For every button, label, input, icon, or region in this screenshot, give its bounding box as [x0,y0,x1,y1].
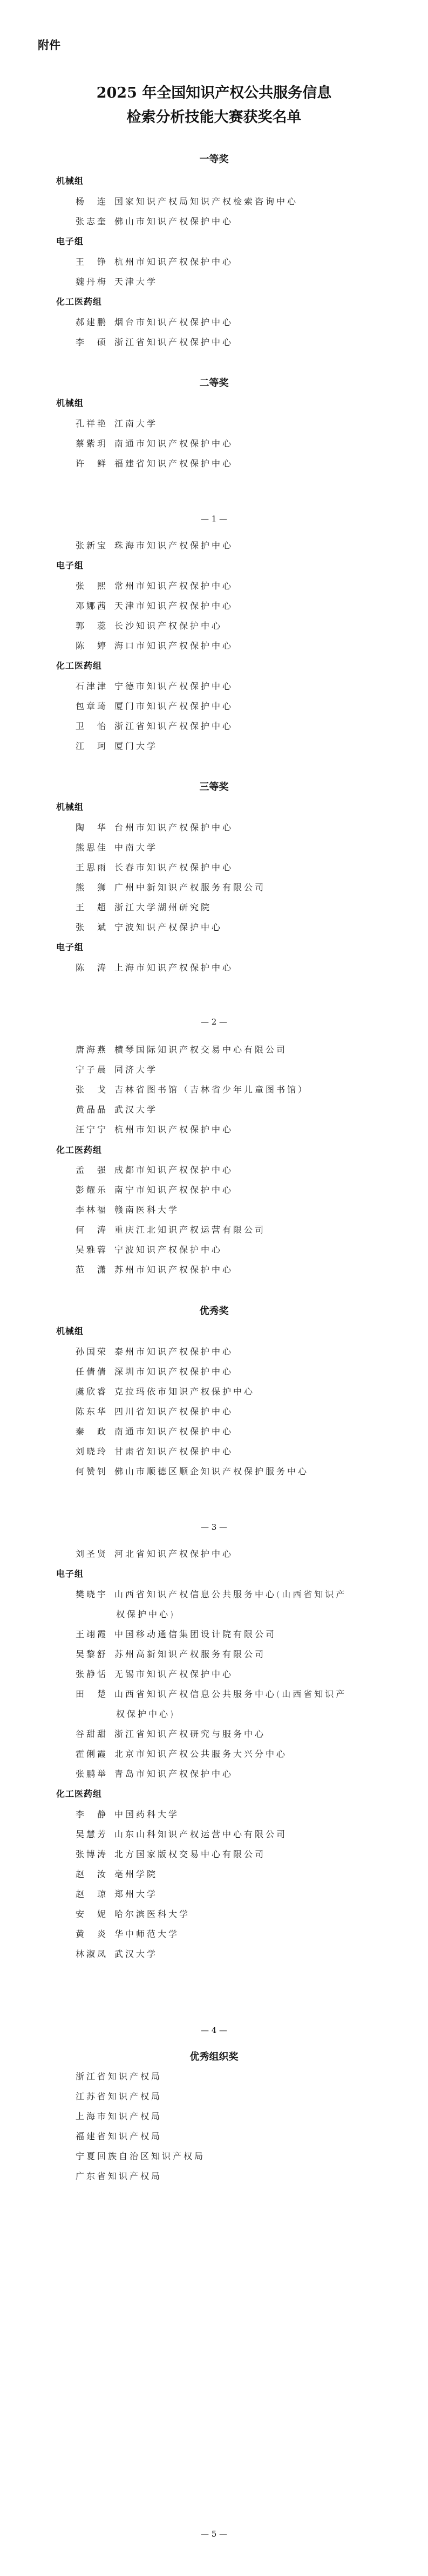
winner-row: 何赞钊佛山市顺德区顺企知识产权保护服务中心 [76,1465,309,1477]
award-heading-excellence: 优秀奖 [0,1303,428,1317]
winner-row: 张新宝珠海市知识产权保护中心 [76,539,233,551]
winner-row: 邓娜茜天津市知识产权保护中心 [76,599,233,612]
organization-item: 宁夏回族自治区知识产权局 [76,2149,205,2162]
group-heading: 机械组 [56,1324,84,1337]
winner-row: 任倩倩深圳市知识产权保护中心 [76,1365,233,1377]
page-number: — 1 — [0,514,428,524]
winner-row: 安 妮哈尔滨医科大学 [76,1907,190,1920]
organization-item: 上海市知识产权局 [76,2110,162,2122]
award-heading-organization: 优秀组织奖 [0,2049,428,2063]
winner-row: 林淑凤武汉大学 [76,1947,158,1960]
winner-org-continuation: 权保护中心) [116,1707,175,1720]
winner-row: 李 硕浙江省知识产权保护中心 [76,335,233,348]
winner-row: 田 楚山西省知识产权信息公共服务中心(山西省知识产 [76,1687,347,1700]
document-title-line1: 2025 年全国知识产权公共服务信息 [0,81,428,102]
organization-item: 福建省知识产权局 [76,2130,162,2142]
winner-row: 李林福赣南医科大学 [76,1203,179,1215]
group-heading: 化工医药组 [56,659,102,671]
winner-row: 陈东华四川省知识产权保护中心 [76,1405,233,1417]
group-heading: 化工医药组 [56,295,102,307]
organization-item: 广东省知识产权局 [76,2169,162,2182]
document-title-line2: 检索分析技能大赛获奖名单 [0,105,428,126]
page-number: — 4 — [0,2025,428,2035]
winner-row: 吴黎舒苏州高新知识产权服务有限公司 [76,1647,266,1660]
winner-row: 赵 琼郑州大学 [76,1887,158,1900]
winner-row: 石津津宁德市知识产权保护中心 [76,679,233,692]
group-heading: 机械组 [56,174,84,187]
winner-row: 陈 婷海口市知识产权保护中心 [76,639,233,651]
winner-org-continuation: 权保护中心) [116,1608,175,1620]
winner-row: 魏丹梅天津大学 [76,275,158,287]
winner-row: 陈 涛上海市知识产权保护中心 [76,961,233,973]
winner-row: 王 铮杭州市知识产权保护中心 [76,255,233,267]
organization-item: 浙江省知识产权局 [76,2070,162,2082]
winner-row: 陶 华台州市知识产权保护中心 [76,821,233,833]
group-heading: 机械组 [56,800,84,813]
winner-row: 谷甜甜浙江省知识产权研究与服务中心 [76,1727,266,1740]
winner-row: 卫 怡浙江省知识产权保护中心 [76,719,233,732]
winner-row: 熊 狮广州中新知识产权服务有限公司 [76,881,266,893]
group-heading: 机械组 [56,396,84,409]
award-heading-second: 二等奖 [0,375,428,389]
group-heading: 电子组 [56,1567,84,1579]
winner-row: 王 超浙江大学湖州研究院 [76,901,212,913]
winner-row: 孙国荣泰州市知识产权保护中心 [76,1345,233,1357]
winner-row: 刘晓玲甘肃省知识产权保护中心 [76,1445,233,1457]
group-heading: 电子组 [56,559,84,571]
winner-row: 刘圣贤河北省知识产权保护中心 [76,1547,233,1560]
group-heading: 化工医药组 [56,1787,102,1799]
winner-row: 彭耀乐南宁市知识产权保护中心 [76,1183,233,1196]
attachment-label: 附件 [38,37,60,53]
winner-row: 许 鲜福建省知识产权保护中心 [76,457,233,469]
winner-row: 熊思佳中南大学 [76,841,158,853]
winner-row: 霍俐霞北京市知识产权公共服务大兴分中心 [76,1747,287,1760]
winner-row: 张鹏举青岛市知识产权保护中心 [76,1767,233,1780]
winner-row: 秦 政南通市知识产权保护中心 [76,1425,233,1437]
winner-row: 郭 蕊长沙知识产权保护中心 [76,619,222,631]
page-number: — 2 — [0,1017,428,1027]
group-heading: 电子组 [56,940,84,953]
winner-row: 蔡紫玥南通市知识产权保护中心 [76,437,233,449]
winner-row: 唐海燕横琴国际知识产权交易中心有限公司 [76,1043,287,1055]
award-heading-third: 三等奖 [0,779,428,793]
winner-row: 吴雅蓉宁波知识产权保护中心 [76,1243,222,1255]
winner-row: 范 潇苏州市知识产权保护中心 [76,1263,233,1275]
winner-row: 何 涛重庆江北知识产权运营有限公司 [76,1223,266,1235]
winner-row: 张 斌宁波知识产权保护中心 [76,921,222,933]
winner-row: 王翊霞中国移动通信集团设计院有限公司 [76,1627,276,1640]
winner-row: 包章琦厦门市知识产权保护中心 [76,699,233,712]
organization-item: 江苏省知识产权局 [76,2090,162,2102]
page-number: — 3 — [0,1522,428,1532]
winner-row: 黄 炎华中师范大学 [76,1927,179,1940]
winner-row: 张志奎佛山市知识产权保护中心 [76,215,233,227]
winner-row: 张博涛北方国家版权交易中心有限公司 [76,1847,266,1860]
winner-row: 郝建鹏烟台市知识产权保护中心 [76,315,233,328]
winner-row: 王思雨长春市知识产权保护中心 [76,861,233,873]
winner-row: 樊晓宇山西省知识产权信息公共服务中心(山西省知识产 [76,1588,347,1600]
group-heading: 化工医药组 [56,1143,102,1156]
winner-row: 宁子晨同济大学 [76,1063,158,1075]
winner-row: 张 戈吉林省图书馆（吉林省少年儿童图书馆） [76,1083,309,1095]
winner-row: 江 珂厦门大学 [76,739,158,752]
winner-row: 李 静中国药科大学 [76,1808,179,1820]
winner-row: 赵 汝亳州学院 [76,1867,158,1880]
winner-row: 汪宁宁杭州市知识产权保护中心 [76,1123,233,1135]
winner-row: 黄晶晶武汉大学 [76,1103,158,1115]
winner-row: 杨 连国家知识产权局知识产权检索咨询中心 [76,195,298,207]
winner-row: 虞欣睿克拉玛依市知识产权保护中心 [76,1385,255,1397]
award-heading-first: 一等奖 [0,152,428,166]
winner-row: 孔祥艳江南大学 [76,417,158,429]
winner-row: 张静恬无锡市知识产权保护中心 [76,1667,233,1680]
winner-row: 孟 强成都市知识产权保护中心 [76,1163,233,1176]
winner-row: 吴慧芳山东山科知识产权运营中心有限公司 [76,1828,287,1840]
group-heading: 电子组 [56,235,84,247]
page-number: — 5 — [0,2529,428,2539]
winner-row: 张 熙常州市知识产权保护中心 [76,579,233,592]
